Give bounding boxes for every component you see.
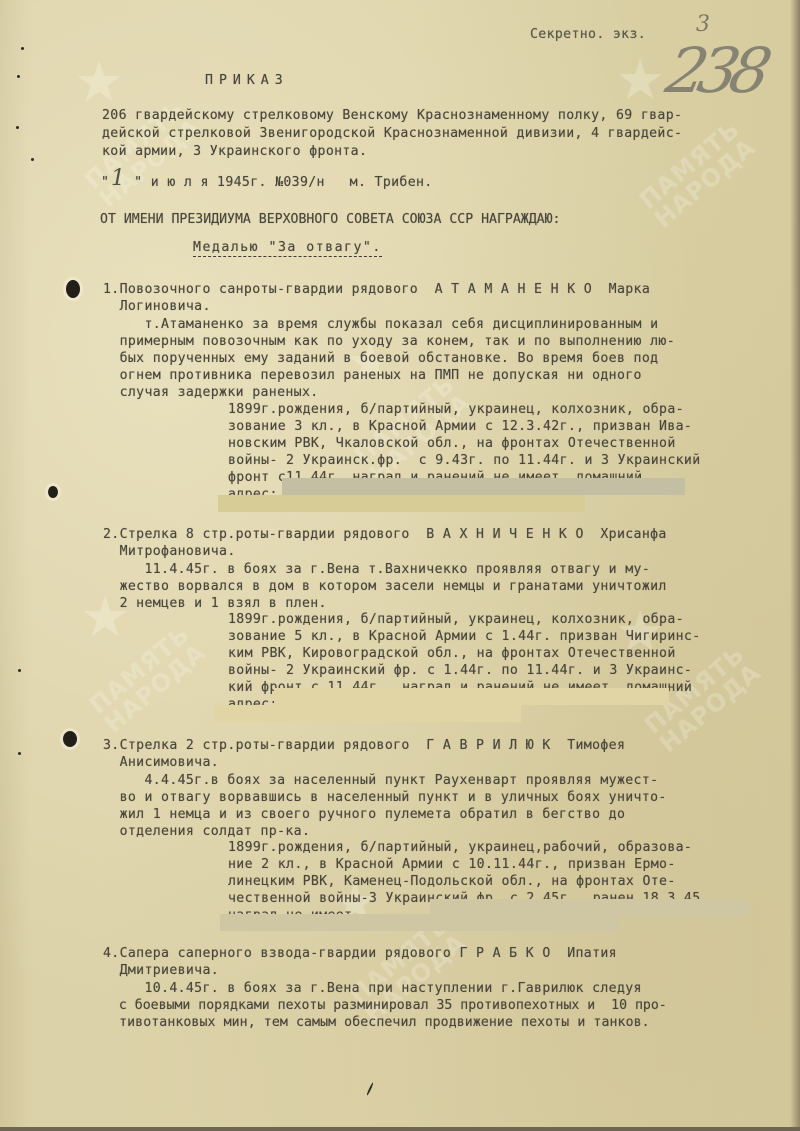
- bio-line: зование 5 кл., в Красной Армии с 1.44г. …: [228, 629, 701, 644]
- bio-line: 1899г.рождения, б/партийный, украинец, к…: [228, 402, 684, 417]
- page-edge: [0, 1127, 800, 1131]
- bio-line: зование 3 кл., в Красной Армии с 12.3.42…: [228, 419, 692, 434]
- redacted-address: [218, 495, 585, 512]
- feat-line: случая задержки раненых.: [103, 385, 319, 400]
- document-page: ★ ПАМЯТЬНАРОДА ★ ПАМЯТЬНАРОДА ★ ПАМЯТЬНА…: [0, 0, 800, 1131]
- recipient-heading: Анисимовича.: [103, 755, 219, 770]
- order-date-line: " " и ю л я 1945г. №039/н м. Трибен.: [101, 175, 433, 190]
- bio-line: ние 2 кл., в Красной Армии с 10.11.44г.,…: [228, 857, 676, 872]
- award-name: Медалью "За отвагу".: [193, 240, 382, 257]
- feat-line: 11.4.45г. в боях за г.Вена т.Вахничекко …: [103, 562, 650, 577]
- punch-hole: [63, 731, 77, 747]
- preamble: ОТ ИМЕНИ ПРЕЗИДИУМА ВЕРХОВНОГО СОВЕТА СО…: [100, 212, 561, 227]
- order-day-handwritten: 1: [111, 166, 125, 191]
- classification-stamp: Секретно. экз.: [530, 27, 646, 42]
- watermark-star-icon: ★: [80, 585, 130, 650]
- recipient-heading: Митрофановича.: [103, 544, 236, 559]
- redacted-address: [220, 914, 620, 931]
- feat-line: с боевыми порядками пехоты разминировал …: [103, 998, 667, 1013]
- addressee-line: кой армии, 3 Украинского фронта.: [102, 144, 367, 159]
- feat-line: огнем противника перевозил раненых на ПМ…: [103, 368, 642, 383]
- punch-hole: [66, 280, 80, 298]
- recipient-heading: Дмитриевича.: [103, 963, 219, 978]
- feat-line: примерным повозочным как по уходу за кон…: [103, 334, 675, 349]
- redacted-address: [274, 688, 669, 705]
- feat-line: во и отвагу ворвавшись в населенный пунк…: [103, 790, 667, 805]
- bio-line: новским РВК, Чкаловской обл., на фронтах…: [228, 436, 676, 451]
- bio-line: войны- 2 Украинский фр. с 1.44г. по 11.4…: [228, 663, 692, 678]
- redacted-address: [214, 705, 521, 722]
- recipient-heading: 3.Стрелка 2 стр.роты-гвардии рядового Г …: [103, 738, 625, 753]
- feat-line: жил 1 немца и из своего ручного пулемета…: [103, 807, 625, 822]
- addressee-line: дейской стрелковой Звенигородской Красно…: [102, 126, 682, 141]
- punch-hole: [48, 486, 58, 498]
- watermark-star-icon: ★: [615, 48, 665, 113]
- feat-line: 10.4.45г. в боях за г.Вена при наступлен…: [103, 981, 642, 996]
- feat-line: жество ворвался в дом в котором засели н…: [103, 579, 667, 594]
- bio-line: 1899г.рождения, б/партийный, украинец,ра…: [228, 840, 692, 855]
- feat-line: бых порученных ему заданий в боевой обст…: [103, 351, 658, 366]
- recipient-heading: 2.Стрелка 8 стр.роты-гвардии рядового В …: [103, 527, 667, 542]
- feat-line: 4.4.45г.в боях за населенный пункт Раухе…: [103, 773, 658, 788]
- recipient-heading: Логиновича.: [103, 299, 211, 314]
- feat-line: тивотанковых мин, тем самым обеспечил пр…: [103, 1015, 650, 1030]
- recipient-heading: 4.Сапера саперного взвода-гвардии рядово…: [103, 946, 617, 961]
- recipient-heading: 1.Повозочного санроты-гвардии рядового А…: [103, 282, 650, 297]
- redacted-address: [282, 478, 685, 495]
- bio-line: ким РВК, Кировоградской обл., на фронтах…: [228, 646, 676, 661]
- document-number-handwritten: 238: [660, 34, 770, 107]
- feat-line: 2 немцев и 1 взял в плен.: [103, 596, 327, 611]
- feat-line: т.Атаманенко за время службы показал себ…: [103, 317, 658, 332]
- feat-line: отделения солдат пр-ка.: [103, 824, 310, 839]
- document-title: ПРИКАЗ: [205, 73, 289, 88]
- bio-line: линецким РВК, Каменец-Подольской обл., н…: [228, 874, 676, 889]
- addressee-line: 206 гвардейскому стрелковому Венскому Кр…: [102, 108, 682, 123]
- bio-line: 1899г.рождения, б/партийный, украинец, к…: [228, 612, 684, 627]
- bio-line: войны- 2 Украинск.фр. с 9.43г. по 11.44г…: [228, 453, 701, 468]
- watermark-star-icon: ★: [74, 50, 124, 115]
